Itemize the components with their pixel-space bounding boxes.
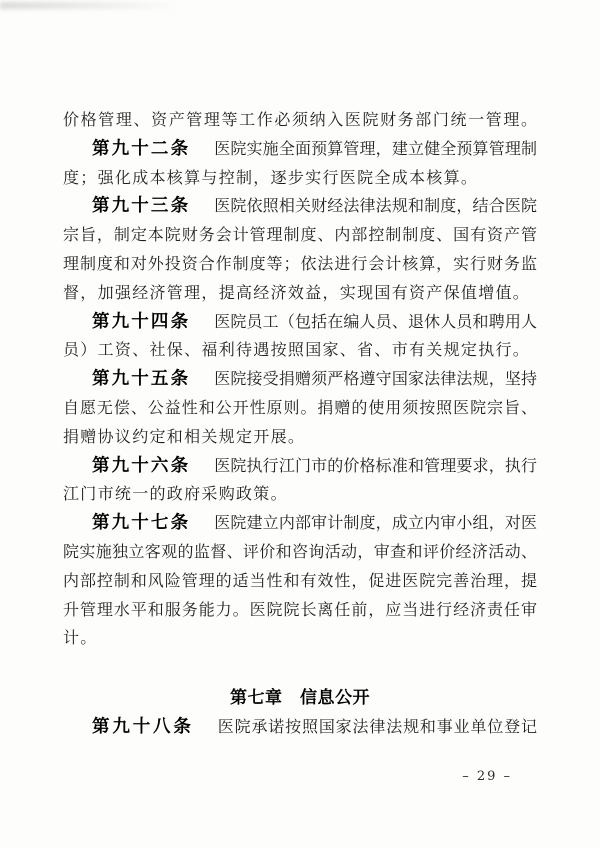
article-number: 第九十七条 xyxy=(92,513,190,533)
line-text: 江门市统一的政府采购政策。 xyxy=(63,484,288,503)
article-number: 第九十六条 xyxy=(92,456,190,476)
line-text: 医院实施全面预算管理，建立健全预算管理制 xyxy=(214,139,537,158)
article-number: 第九十二条 xyxy=(92,139,190,159)
line-text: 宗旨，制定本院财务会计管理制度、内部控制制度、国有资产管 xyxy=(63,225,537,244)
line-text: 度；强化成本核算与控制，逐步实行医院全成本核算。 xyxy=(63,168,478,187)
document-page: 价格管理、资产管理等工作必须纳入医院财务部门统一管理。 第九十二条医院实施全面预… xyxy=(0,0,600,848)
line-text: 升管理水平和服务能力。医院院长离任前，应当进行经济责任审 xyxy=(63,600,537,619)
article-line: 第九十八条医院承诺按照国家法律法规和事业单位登记 xyxy=(63,713,537,742)
document-body: 价格管理、资产管理等工作必须纳入医院财务部门统一管理。 第九十二条医院实施全面预… xyxy=(63,106,537,742)
article-line: 第九十四条医院员工（包括在编人员、退休人员和聘用人 xyxy=(63,308,537,337)
line-text: 医院承诺按照国家法律法规和事业单位登记 xyxy=(218,717,537,736)
line-text: 理制度和对外投资合作制度等；依法进行会计核算，实行财务监 xyxy=(63,254,537,273)
article-line: 第九十六条医院执行江门市的价格标准和管理要求，执行 xyxy=(63,452,537,481)
document-text-line: 院实施独立客观的监督、评价和咨询活动，审查和评价经济活动、 xyxy=(63,538,537,567)
line-text: 督，加强经济管理，提高经济效益，实现国有资产保值增值。 xyxy=(63,283,530,302)
page-number: – 29 – xyxy=(462,768,512,786)
article-number: 第九十三条 xyxy=(92,196,190,216)
article-number: 第九十五条 xyxy=(92,369,190,389)
line-text: 医院员工（包括在编人员、退休人员和聘用人 xyxy=(214,312,537,331)
line-text: 员）工资、社保、福利待遇按照国家、省、市有关规定执行。 xyxy=(63,340,530,359)
article-line: 第九十二条医院实施全面预算管理，建立健全预算管理制 xyxy=(63,135,537,164)
document-text-line: 员）工资、社保、福利待遇按照国家、省、市有关规定执行。 xyxy=(63,336,537,365)
chapter-heading: 第七章 信息公开 xyxy=(63,684,537,713)
line-text: 计。 xyxy=(63,628,98,647)
document-text-line: 捐赠协议约定和相关规定开展。 xyxy=(63,423,537,452)
line-text: 医院依照相关财经法律法规和制度，结合医院 xyxy=(214,196,537,215)
line-text: 价格管理、资产管理等工作必须纳入医院财务部门统一管理。 xyxy=(63,110,537,129)
document-text-line: 宗旨，制定本院财务会计管理制度、内部控制制度、国有资产管 xyxy=(63,221,537,250)
document-text-line: 自愿无偿、公益性和公开性原则。捐赠的使用须按照医院宗旨、 xyxy=(63,394,537,423)
scan-artifact xyxy=(0,2,180,9)
line-text: 医院执行江门市的价格标准和管理要求，执行 xyxy=(214,456,537,475)
line-text: 院实施独立客观的监督、评价和咨询活动，审查和评价经济活动、 xyxy=(63,542,537,561)
document-text-line: 度；强化成本核算与控制，逐步实行医院全成本核算。 xyxy=(63,164,537,193)
article-line: 第九十七条医院建立内部审计制度，成立内审小组，对医 xyxy=(63,509,537,538)
document-text-line: 价格管理、资产管理等工作必须纳入医院财务部门统一管理。 xyxy=(63,106,537,135)
article-number: 第九十四条 xyxy=(92,312,190,332)
document-text-line: 江门市统一的政府采购政策。 xyxy=(63,480,537,509)
line-text: 内部控制和风险管理的适当性和有效性，促进医院完善治理，提 xyxy=(63,571,537,590)
document-text-line: 计。 xyxy=(63,624,537,653)
line-text: 医院接受捐赠须严格遵守国家法律法规，坚持 xyxy=(214,369,537,388)
article-number: 第九十八条 xyxy=(92,717,194,737)
article-line: 第九十三条医院依照相关财经法律法规和制度，结合医院 xyxy=(63,192,537,221)
article-line: 第九十五条医院接受捐赠须严格遵守国家法律法规，坚持 xyxy=(63,365,537,394)
line-text: 自愿无偿、公益性和公开性原则。捐赠的使用须按照医院宗旨、 xyxy=(63,398,537,417)
document-text-line: 理制度和对外投资合作制度等；依法进行会计核算，实行财务监 xyxy=(63,250,537,279)
document-text-line: 内部控制和风险管理的适当性和有效性，促进医院完善治理，提 xyxy=(63,567,537,596)
document-text-line: 督，加强经济管理，提高经济效益，实现国有资产保值增值。 xyxy=(63,279,537,308)
line-text: 捐赠协议约定和相关规定开展。 xyxy=(63,427,305,446)
line-text: 医院建立内部审计制度，成立内审小组，对医 xyxy=(214,513,537,532)
document-text-line: 升管理水平和服务能力。医院院长离任前，应当进行经济责任审 xyxy=(63,596,537,625)
